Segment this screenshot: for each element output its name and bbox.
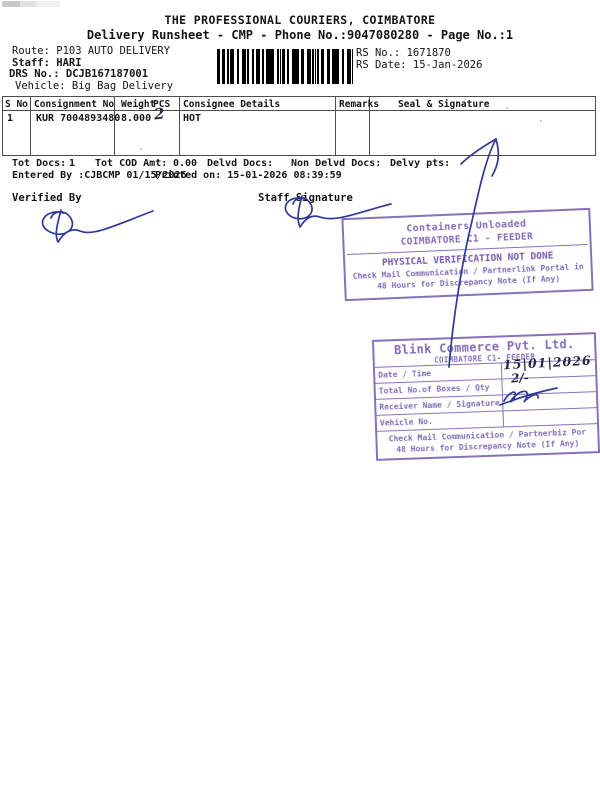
scan-noise [140, 148, 142, 150]
seal-tick-left-barb-ink [461, 139, 496, 164]
tot-docs-value: 1 [69, 158, 75, 169]
delivery-runsheet-document: THE PROFESSIONAL COURIERS, COIMBATORE De… [0, 0, 600, 800]
stamp-row-label: Vehicle No. [380, 417, 433, 428]
vehicle-line: Vehicle: Big Bag Delivery [15, 80, 173, 92]
staff-signature-label: Staff Signature [258, 192, 353, 204]
delvd-docs-label: Delvd Docs: [207, 158, 273, 169]
stamp-row-label: Total No.of Boxes / Qty [379, 383, 490, 396]
table-column-divider [335, 96, 336, 155]
col-header-weight: Weight [121, 99, 155, 110]
col-header-consignment: Consignment No [34, 99, 114, 110]
scan-noise [540, 120, 542, 122]
table-header-divider [2, 110, 596, 111]
table-column-divider [2, 96, 3, 155]
handwritten-pcs-count: 2 [153, 105, 165, 124]
row-weight: 8.000 [121, 113, 151, 124]
drs-number-line: DRS No.: DCJB167187001 [9, 68, 148, 80]
row-consignment-no: KUR 7004893480 [36, 113, 120, 124]
tot-cod-value: 0.00 [173, 158, 197, 169]
route-line: Route: P103 AUTO DELIVERY [12, 45, 170, 57]
col-header-seal-signature: Seal & Signature [398, 99, 490, 110]
staff-line: Staff: HARI [12, 57, 82, 69]
blink-commerce-stamp: Blink Commerce Pvt. Ltd. COIMBATORE C1- … [372, 332, 600, 461]
rs-date-line: RS Date: 15-Jan-2026 [356, 59, 482, 71]
runsheet-barcode [217, 49, 353, 84]
table-column-divider [30, 96, 31, 155]
verified-by-label: Verified By [12, 192, 82, 204]
col-header-sno: S No [5, 99, 28, 110]
table-border-bottom [2, 155, 596, 156]
company-title: THE PROFESSIONAL COURIERS, COIMBATORE [0, 13, 600, 27]
row-consignee: HOT [183, 113, 201, 124]
seal-tick-right-barb-ink [492, 139, 498, 176]
stamp-row-label: Receiver Name / Signature [379, 399, 500, 412]
row-sno: 1 [7, 113, 13, 124]
handwritten-qty: 2/- [511, 371, 529, 386]
table-column-divider [179, 96, 180, 155]
delvy-pts-label: Delvy pts: [390, 158, 450, 169]
non-delvd-docs-label: Non Delvd Docs: [291, 158, 381, 169]
runsheet-subtitle: Delivery Runsheet - CMP - Phone No.:9047… [0, 28, 600, 42]
table-border-top [2, 96, 596, 97]
scan-noise [506, 107, 508, 109]
table-column-divider [595, 96, 596, 155]
tot-cod-label: Tot COD Amt: [95, 158, 167, 169]
tot-docs-label: Tot Docs: [12, 158, 66, 169]
col-header-consignee: Consignee Details [183, 99, 280, 110]
printed-on-line: Printed on: 15-01-2026 08:39:59 [155, 170, 342, 181]
verified-by-signature-ink [43, 210, 153, 242]
table-column-divider [114, 96, 115, 155]
scan-artifact [2, 1, 60, 7]
verification-stamp: Containers Unloaded COIMBATORE C1 - FEED… [341, 208, 593, 301]
col-header-remarks: Remarks [339, 99, 379, 110]
stamp-row-label: Date / Time [378, 369, 431, 380]
rs-number-line: RS No.: 1671870 [356, 47, 451, 59]
